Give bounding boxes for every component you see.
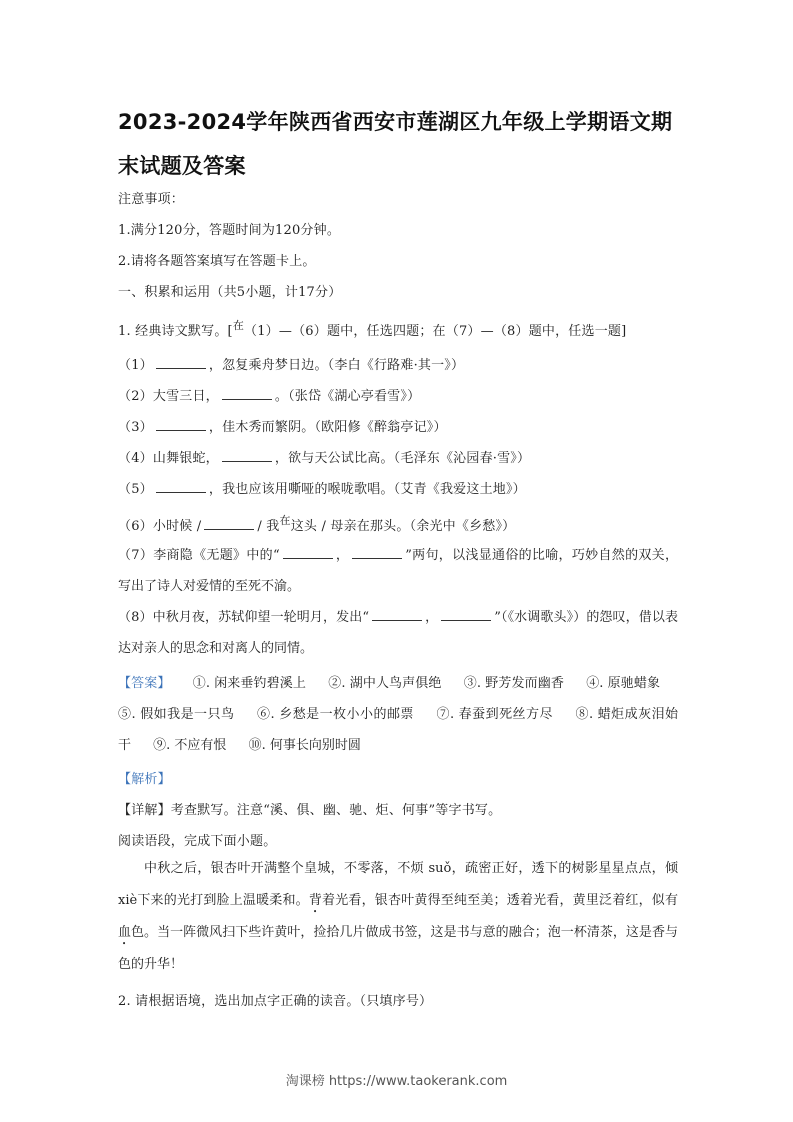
analysis-detail: 【详解】考查默写。注意“溪、俱、幽、驰、炬、何事”等字书写。 (118, 799, 501, 818)
q1-prompt: 1. 经典诗文默写。[在（1）—（6）题中，任选四题；在（7）—（8）题中，任选… (118, 320, 626, 339)
document-page: 2023-2024学年陕西省西安市莲湖区九年级上学期语文期末试题及答案 注意事项… (0, 0, 793, 1122)
passage-text: 色。当一阵微风扫下些许黄叶，捡拾几片做成书签，这是书与意的融合；泡一杯清茶，这是… (118, 925, 678, 972)
section-heading: 一、积累和运用（共5小题，计17分） (118, 281, 341, 300)
item-text: （7）李商隐《无题》中的“ (118, 548, 280, 563)
q1-prompt-end: （1）—（6）题中，任选四题；在（7）—（8）题中，任选一题] (244, 324, 626, 339)
item-sep: ， (336, 548, 350, 563)
answer-blank[interactable] (156, 480, 206, 493)
item-text: / 我 (257, 519, 279, 534)
answer-item: ⑤. 假如我是一只鸟 (118, 707, 234, 722)
q1-prompt-sup: 在 (233, 319, 244, 332)
answer-blank[interactable] (204, 517, 254, 530)
item-text: ，佳木秀而繁阴。（欧阳修《醉翁亭记》） (209, 420, 447, 435)
item-text: ，我也应该用嘶哑的喉咙歌唱。（艾青《我爱这土地》） (209, 482, 526, 497)
passage-text: 着光看，银杏叶黄得至纯至美；透着光看，黄里泛着红，似有 (322, 893, 678, 908)
item-sep: ， (425, 610, 438, 625)
q1-item-1: （1），忽复乘舟梦日边。（李白《行路难·其一》） (118, 354, 464, 373)
item-text: ，忽复乘舟梦日边。（李白《行路难·其一》） (209, 358, 464, 373)
answer-blank[interactable] (222, 449, 272, 462)
page-title: 2023-2024学年陕西省西安市莲湖区九年级上学期语文期末试题及答案 (118, 100, 678, 188)
answer-blank[interactable] (222, 387, 272, 400)
answer-item: ③. 野芳发而幽香 (464, 676, 564, 691)
q2-prompt: 2. 请根据语境，选出加点字正确的读音。（只填序号） (118, 990, 432, 1009)
item-text: 这头 / 母亲在那头。（余光中《乡愁》） (291, 519, 516, 534)
item-text: （4）山舞银蛇， (118, 451, 219, 466)
analysis-label: 【解析】 (118, 768, 171, 787)
answer-blank[interactable] (352, 546, 402, 559)
item-num: （5） (118, 482, 153, 497)
answer-item: ⑥. 乡愁是一枚小小的邮票 (257, 707, 414, 722)
item-sup: 在 (280, 514, 291, 527)
dotted-char: 血 (118, 925, 131, 940)
item-text: （2）大雪三日， (118, 389, 219, 404)
item-text: ，欲与天公试比高。（毛泽东《沁园春·雪》） (275, 451, 530, 466)
answer-item: ④. 原驰蜡象 (586, 676, 660, 691)
answer-blank[interactable] (156, 418, 206, 431)
q1-item-2: （2）大雪三日，。（张岱《湖心亭看雪》） (118, 385, 420, 404)
q1-prompt-start: 1. 经典诗文默写。[ (118, 324, 233, 339)
notice-item-2: 2.请将各题答案填写在答题卡上。 (118, 250, 316, 269)
answer-item: ⑦. 春蚕到死丝方尽 (436, 707, 552, 722)
q1-item-5: （5），我也应该用嘶哑的喉咙歌唱。（艾青《我爱这土地》） (118, 478, 526, 497)
notice-heading: 注意事项： (118, 188, 184, 207)
item-text: 。（张岱《湖心亭看雪》） (275, 389, 420, 404)
item-text: （8）中秋月夜，苏轼仰望一轮明月，发出“ (118, 610, 369, 625)
reading-intro: 阅读语段，完成下面小题。 (118, 830, 276, 849)
answer-blank[interactable] (156, 356, 206, 369)
answer-item: ②. 湖中人鸟声俱绝 (328, 676, 441, 691)
item-num: （1） (118, 358, 153, 373)
notice-item-1: 1.满分120分，答题时间为120分钟。 (118, 219, 340, 238)
answer-item: ⑨. 不应有恨 (153, 738, 226, 753)
answer-blank[interactable] (283, 546, 333, 559)
answer-block: 【答案】 ①. 闲来垂钓碧溪上 ②. 湖中人鸟声俱绝 ③. 野芳发而幽香 ④. … (118, 668, 678, 761)
item-num: （3） (118, 420, 153, 435)
q1-item-8: （8）中秋月夜，苏轼仰望一轮明月，发出“，”（《水调歌头》）的怨叹，借以表达对亲… (118, 602, 678, 664)
reading-passage: 中秋之后，银杏叶开满整个皇城，不零落，不烦 suǒ，疏密正好，透下的树影星星点点… (118, 853, 678, 981)
q1-item-3: （3），佳木秀而繁阴。（欧阳修《醉翁亭记》） (118, 416, 447, 435)
q1-item-7: （7）李商隐《无题》中的“，”两句，以浅显通俗的比喻，巧妙自然的双关，写出了诗人… (118, 540, 678, 602)
answer-item: ①. 闲来垂钓碧溪上 (193, 676, 306, 691)
dotted-char: 背 (309, 893, 322, 908)
answer-blank[interactable] (441, 608, 491, 621)
item-text: （6）小时候 / (118, 519, 201, 534)
q1-item-6: （6）小时候 // 我在这头 / 母亲在那头。（余光中《乡愁》） (118, 515, 515, 534)
footer-watermark: 淘课榜 https://www.taokerank.com (0, 1070, 793, 1089)
answer-blank[interactable] (372, 608, 422, 621)
answer-item: ⑩. 何事长向别时圆 (249, 738, 361, 753)
q1-item-4: （4）山舞银蛇，，欲与天公试比高。（毛泽东《沁园春·雪》） (118, 447, 530, 466)
answer-label: 【答案】 (118, 676, 170, 691)
